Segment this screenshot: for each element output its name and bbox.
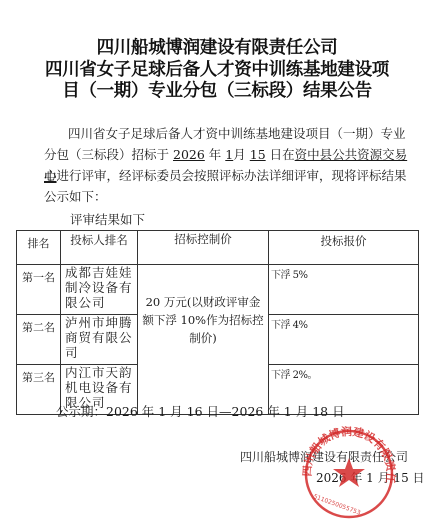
paragraph-line3: 心进行评审，经评标委员会按照评标办法详细评审，现将评标结果 [44, 165, 414, 187]
bidder-cell: 泸州市坤腾商贸有限公司 [61, 315, 138, 365]
publicity-period: 公示期：2026 年 1 月 16 日—2026 年 1 月 18 日 [56, 402, 345, 420]
announcement-title-line2: 目（一期）专业分包（三标段）结果公告 [0, 80, 434, 102]
rank-cell: 第三名 [17, 365, 61, 415]
company-title: 四川船城博润建设有限责任公司 [0, 37, 434, 59]
announcement-title-line1: 四川省女子足球后备人才资中训练基地建设项 [0, 59, 434, 81]
bid-price-cell: 下浮 4% [269, 315, 419, 365]
results-table: 排名 投标人排名 招标控制价 投标报价 第一名 成都吉娃娃制冷设备有限公司 20… [16, 230, 419, 415]
header-control-price: 招标控制价 [138, 231, 269, 265]
venue-cont: 心 [44, 168, 57, 183]
text: 分包（三标段）招标于 [44, 147, 169, 162]
bid-day: 15 [250, 147, 266, 162]
signer-company: 四川船城博润建设有限责任公司 [240, 448, 408, 465]
sign-date: 2026 年 1 月 15 日 [316, 469, 425, 486]
header-bid-price: 投标报价 [269, 231, 419, 265]
bid-year: 2026 [173, 147, 205, 162]
results-heading: 评审结果如下 [70, 210, 145, 228]
bidder-cell: 成都吉娃娃制冷设备有限公司 [61, 265, 138, 315]
rank-cell: 第一名 [17, 265, 61, 315]
table-header-row: 排名 投标人排名 招标控制价 投标报价 [17, 231, 419, 265]
control-price-text: 20 万元(以财政评审金额下浮 10%作为招标控制价) [142, 293, 264, 347]
svg-text:5110250055753: 5110250055753 [312, 493, 361, 517]
header-rank: 排名 [17, 231, 61, 265]
table-row: 第一名 成都吉娃娃制冷设备有限公司 20 万元(以财政评审金额下浮 10%作为招… [17, 265, 419, 315]
paragraph-line1: 四川省女子足球后备人才资中训练基地建设项目（一期）专业 [44, 123, 414, 145]
rank-cell: 第二名 [17, 315, 61, 365]
text: 月 [233, 147, 246, 162]
paragraph-line4: 公示如下： [44, 186, 414, 208]
text: 日在 [270, 147, 295, 162]
bid-price-cell: 下浮 5% [269, 265, 419, 315]
header-bidder: 投标人排名 [61, 231, 138, 265]
control-price-cell: 20 万元(以财政评审金额下浮 10%作为招标控制价) [138, 265, 269, 415]
text: 年 [209, 147, 222, 162]
text: 进行评审，经评标委员会按照评标办法详细评审，现将评标结果 [57, 168, 407, 183]
